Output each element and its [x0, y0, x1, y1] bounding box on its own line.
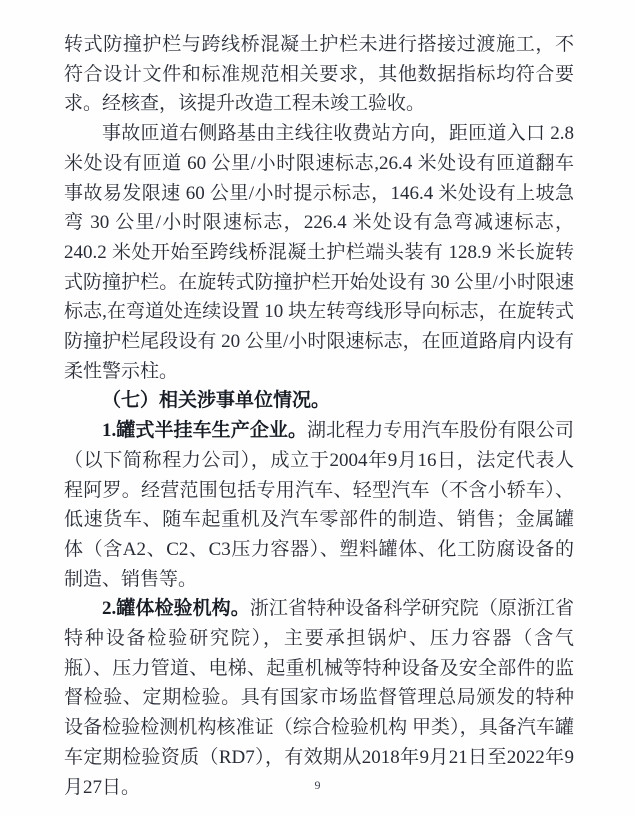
- paragraph-tank-inspection-agency: 2.罐体检验机构。浙江省特种设备科学研究院（原浙江省特种设备检验研究院），主要承…: [64, 594, 574, 802]
- paragraph-text: 转式防撞护栏与跨线桥混凝土护栏未进行搭接过渡施工，不符合设计文件和标准规范相关要…: [64, 34, 574, 114]
- paragraph-text: 湖北程力专用汽车股份有限公司（以下简称程力公司），成立于2004年9月16日，法…: [64, 420, 574, 590]
- paragraph-guardrail-transition: 转式防撞护栏与跨线桥混凝土护栏未进行搭接过渡施工，不符合设计文件和标准规范相关要…: [64, 30, 574, 119]
- paragraph-ramp-signage: 事故匝道右侧路基由主线往收费站方向，距匝道入口 2.8 米处设有匝道 60 公里…: [64, 119, 574, 386]
- paragraph-tank-trailer-manufacturer: 1.罐式半挂车生产企业。湖北程力专用汽车股份有限公司（以下简称程力公司），成立于…: [64, 416, 574, 594]
- document-page: 转式防撞护栏与跨线桥混凝土护栏未进行搭接过渡施工，不符合设计文件和标准规范相关要…: [0, 0, 635, 816]
- paragraph-text: 浙江省特种设备科学研究院（原浙江省特种设备检验研究院），主要承担锅炉、压力容器（…: [64, 598, 574, 797]
- section-heading-text: （七）相关涉事单位情况。: [102, 390, 330, 411]
- page-number: 9: [0, 777, 635, 793]
- paragraph-lead: 2.罐体检验机构。: [102, 598, 250, 619]
- section-heading-related-units: （七）相关涉事单位情况。: [64, 386, 574, 416]
- document-body: 转式防撞护栏与跨线桥混凝土护栏未进行搭接过渡施工，不符合设计文件和标准规范相关要…: [64, 30, 574, 802]
- paragraph-lead: 1.罐式半挂车生产企业。: [102, 420, 307, 441]
- paragraph-text: 事故匝道右侧路基由主线往收费站方向，距匝道入口 2.8 米处设有匝道 60 公里…: [64, 123, 574, 382]
